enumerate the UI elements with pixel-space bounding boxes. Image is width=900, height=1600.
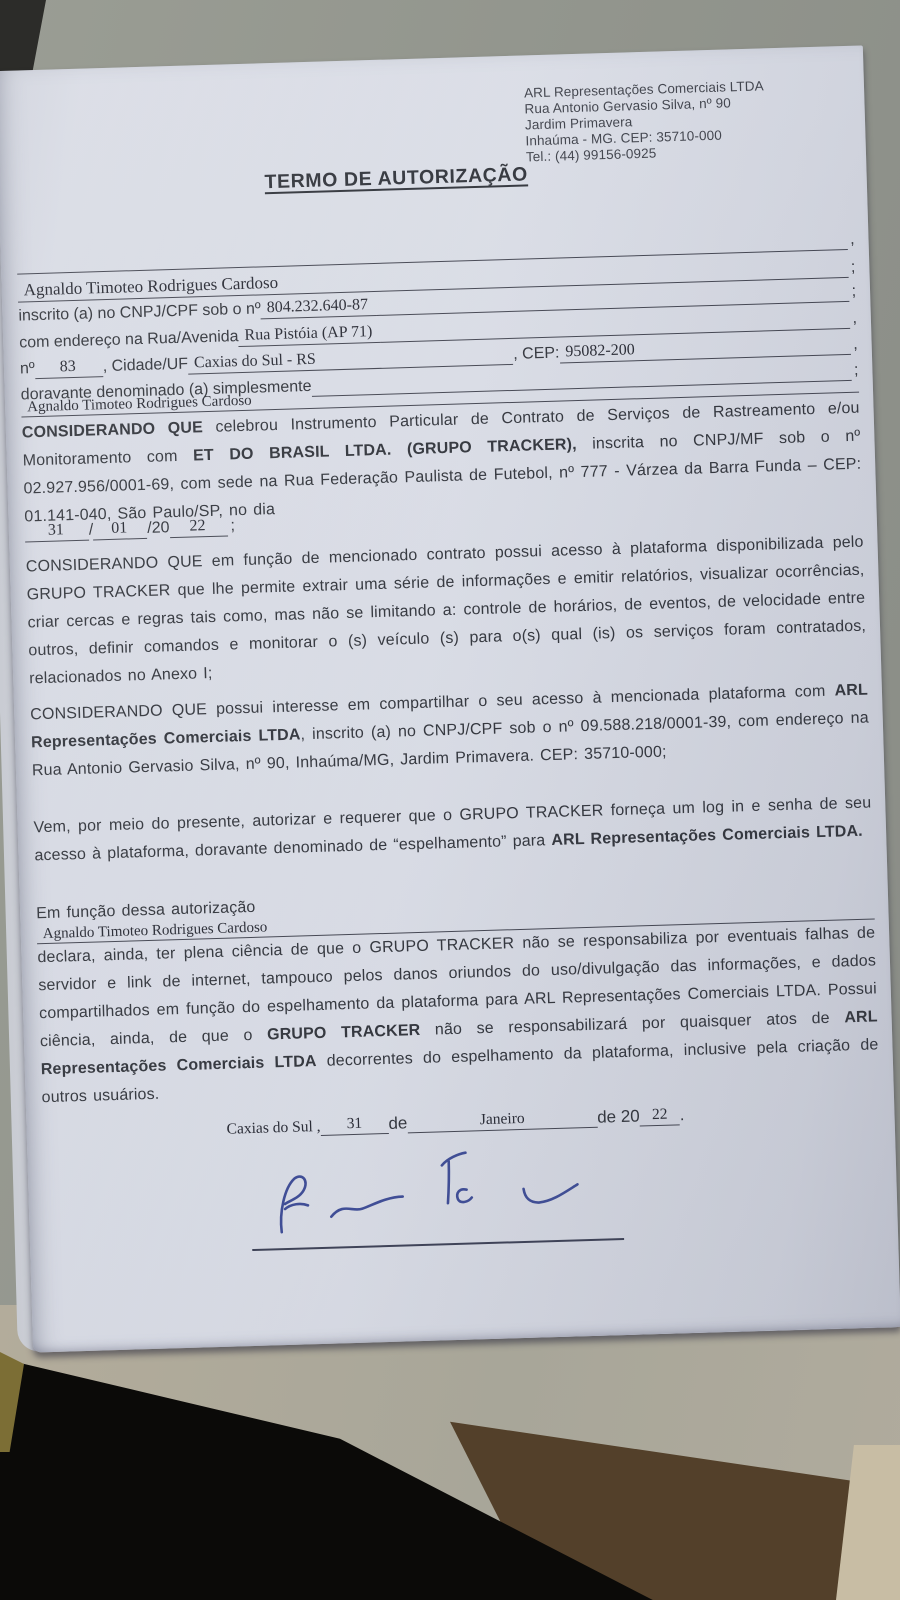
closing-de-2: de 20 [597,1107,640,1128]
line-punct: , [847,231,855,250]
disclaimer-bold-1: GRUPO TRACKER [267,1022,421,1044]
closing-month-field: Janeiro [407,1108,597,1134]
authorization-bold: ARL Representações Comerciais LTDA. [551,823,863,849]
signature-scribble [217,1137,650,1250]
considerando-1-bold: ET DO BRASIL LTDA. (GRUPO TRACKER), [193,436,577,464]
contract-month-field: 01 [93,519,148,541]
document-photo: ARL Representações Comerciais LTDA Rua A… [0,0,900,1600]
closing-de-1: de [388,1113,408,1134]
contract-day-field: 31 [25,521,90,543]
closing-day-field: 31 [320,1114,389,1136]
closing-dot: . [679,1105,684,1125]
paragraph-considerando-1: CONSIDERANDO QUE celebrou Instrumento Pa… [22,395,863,532]
paragraph-disclaimer: declara, ainda, ter plena ciência de que… [37,919,880,1112]
line-punct: ; [227,517,235,536]
closing-year-field: 22 [639,1105,680,1126]
document-page: ARL Representações Comerciais LTDA Rua A… [0,45,900,1352]
considerando-1-lead: CONSIDERANDO QUE [22,419,203,441]
line-punct: ; [848,283,856,302]
paragraph-considerando-3: CONSIDERANDO QUE possui interesse em com… [30,677,870,786]
paragraph-authorization: Vem, por meio do presente, autorizar e r… [33,789,872,870]
considerando-2-text: CONSIDERANDO QUE em função de mencionado… [26,534,867,688]
date-year-prefix: /20 [147,519,170,539]
paragraph-considerando-2: CONSIDERANDO QUE em função de mencionado… [25,529,867,694]
document-title: TERMO DE AUTORIZAÇÃO [264,163,528,194]
contract-year-field: 22 [169,516,228,538]
closing-city: Caxias do Sul , [226,1118,320,1139]
em-funcao-text: Em função dessa autorização [36,899,256,922]
letterhead: ARL Representações Comerciais LTDA Rua A… [524,76,862,166]
disclaimer-text2: não se responsabilizará por quaisquer at… [420,1009,844,1039]
